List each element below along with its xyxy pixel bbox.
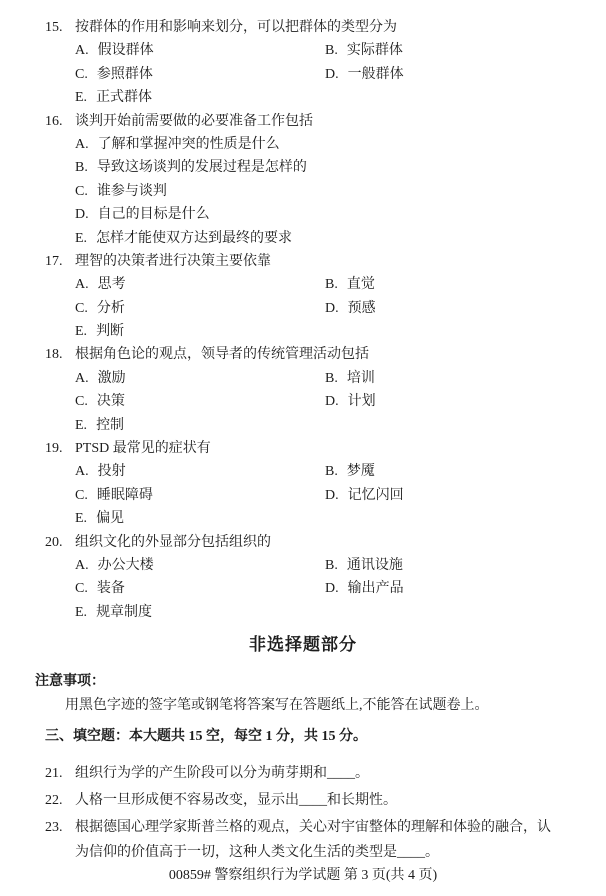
option-b: B.梦魇 <box>325 460 375 483</box>
question-stem: 根据角色论的观点，领导者的传统管理活动包括 <box>75 347 369 362</box>
option-a: A.思考 <box>75 273 325 296</box>
question-text: 组织行为学的产生阶段可以分为萌芽期和____。 <box>75 766 369 781</box>
option-text: 通讯设施 <box>347 554 403 577</box>
option-text: 思考 <box>98 273 126 296</box>
fill-section-heading: 三、填空题：本大题共 15 空，每空 1 分，共 15 分。 <box>0 724 606 749</box>
option-text: 控制 <box>96 414 124 437</box>
option-a: A.投射 <box>75 460 325 483</box>
option-text: 投射 <box>98 460 126 483</box>
option-label: E. <box>75 320 87 343</box>
option-text: 决策 <box>97 390 125 413</box>
option-b: B.直觉 <box>325 273 375 296</box>
option-e: E.判断 <box>75 320 124 343</box>
option-text: 正式群体 <box>96 86 152 109</box>
option-text: 分析 <box>97 297 125 320</box>
option-a: A.假设群体 <box>75 39 325 62</box>
option-label: C. <box>75 577 88 600</box>
option-c: C.睡眠障碍 <box>75 484 325 507</box>
option-text: 输出产品 <box>348 577 404 600</box>
option-label: B. <box>325 460 338 483</box>
option-a: A.了解和掌握冲突的性质是什么 <box>75 133 280 156</box>
question-number: 18. <box>45 343 75 366</box>
notice-text: 用黑色字迹的签字笔或钢笔将答案写在答题纸上,不能答在试题卷上。 <box>0 693 606 718</box>
option-b: B.导致这场谈判的发展过程是怎样的 <box>75 156 307 179</box>
option-label: E. <box>75 507 87 530</box>
option-label: E. <box>75 227 87 250</box>
option-b: B.实际群体 <box>325 39 403 62</box>
fill-questions: 21.组织行为学的产生阶段可以分为萌芽期和____。 22.人格一旦形成便不容易… <box>0 761 606 865</box>
option-e: E.怎样才能使双方达到最终的要求 <box>75 227 292 250</box>
option-e: E.控制 <box>75 414 124 437</box>
exam-page: 15.按群体的作用和影响来划分，可以把群体的类型分为 A.假设群体 B.实际群体… <box>0 0 606 896</box>
option-label: B. <box>325 367 338 390</box>
option-a: A.办公大楼 <box>75 554 325 577</box>
option-d: D.记忆闪回 <box>325 484 404 507</box>
option-label: A. <box>75 273 89 296</box>
option-e: E.规章制度 <box>75 601 152 624</box>
option-text: 规章制度 <box>96 601 152 624</box>
option-d: D.预感 <box>325 297 376 320</box>
question-stem: 组织文化的外显部分包括组织的 <box>75 535 271 550</box>
option-text: 计划 <box>348 390 376 413</box>
option-c: C.谁参与谈判 <box>75 180 167 203</box>
option-label: D. <box>325 484 339 507</box>
option-text: 睡眠障碍 <box>97 484 153 507</box>
option-label: C. <box>75 63 88 86</box>
option-d: D.输出产品 <box>325 577 404 600</box>
question-stem: 按群体的作用和影响来划分，可以把群体的类型分为 <box>75 20 397 35</box>
option-d: D.计划 <box>325 390 376 413</box>
option-label: C. <box>75 390 88 413</box>
option-text: 预感 <box>348 297 376 320</box>
option-text: 激励 <box>98 367 126 390</box>
option-label: A. <box>75 554 89 577</box>
option-label: A. <box>75 133 89 156</box>
fill-question-22: 22.人格一旦形成便不容易改变，显示出____和长期性。 <box>0 788 606 813</box>
option-text: 偏见 <box>96 507 124 530</box>
option-text: 办公大楼 <box>98 554 154 577</box>
option-c: C.参照群体 <box>75 63 325 86</box>
option-a: A.激励 <box>75 367 325 390</box>
question-15: 15.按群体的作用和影响来划分，可以把群体的类型分为 A.假设群体 B.实际群体… <box>0 16 606 110</box>
option-label: E. <box>75 601 87 624</box>
notice-label: 注意事项： <box>0 670 606 693</box>
question-18: 18.根据角色论的观点，领导者的传统管理活动包括 A.激励 B.培训 C.决策 … <box>0 343 606 437</box>
page-footer: 00859# 警察组织行为学试题 第 3 页(共 4 页) <box>0 864 606 887</box>
option-label: B. <box>325 273 338 296</box>
option-text: 谁参与谈判 <box>97 180 167 203</box>
option-text: 自己的目标是什么 <box>98 203 210 226</box>
question-number: 20. <box>45 531 75 554</box>
option-c: C.装备 <box>75 577 325 600</box>
option-c: C.分析 <box>75 297 325 320</box>
option-text: 假设群体 <box>98 39 154 62</box>
option-text: 装备 <box>97 577 125 600</box>
option-d: D.自己的目标是什么 <box>75 203 210 226</box>
option-label: A. <box>75 367 89 390</box>
option-d: D.一般群体 <box>325 63 404 86</box>
option-label: C. <box>75 484 88 507</box>
question-stem: 理智的决策者进行决策主要依靠 <box>75 254 271 269</box>
option-text: 怎样才能使双方达到最终的要求 <box>96 227 292 250</box>
option-label: D. <box>325 297 339 320</box>
option-label: C. <box>75 180 88 203</box>
question-19: 19.PTSD 最常见的症状有 A.投射 B.梦魇 C.睡眠障碍 D.记忆闪回 … <box>0 437 606 531</box>
question-number: 16. <box>45 110 75 133</box>
question-number: 23. <box>45 815 63 840</box>
fill-question-23: 23.根据德国心理学家斯普兰格的观点，关心对宇宙整体的理解和体验的融合，认为信仰… <box>0 815 606 865</box>
question-number: 21. <box>45 761 63 786</box>
option-text: 了解和掌握冲突的性质是什么 <box>98 133 280 156</box>
question-number: 22. <box>45 788 63 813</box>
option-label: A. <box>75 460 89 483</box>
question-number: 17. <box>45 250 75 273</box>
question-stem: 谈判开始前需要做的必要准备工作包括 <box>75 114 313 129</box>
question-text: 根据德国心理学家斯普兰格的观点，关心对宇宙整体的理解和体验的融合，认为信仰的价值… <box>75 820 551 860</box>
option-text: 梦魇 <box>347 460 375 483</box>
question-stem: PTSD 最常见的症状有 <box>75 441 211 456</box>
fill-question-21: 21.组织行为学的产生阶段可以分为萌芽期和____。 <box>0 761 606 786</box>
option-e: E.偏见 <box>75 507 124 530</box>
section-title: 非选择题部分 <box>0 633 606 657</box>
question-text: 人格一旦形成便不容易改变，显示出____和长期性。 <box>75 793 397 808</box>
option-label: D. <box>75 203 89 226</box>
option-text: 参照群体 <box>97 63 153 86</box>
option-text: 判断 <box>96 320 124 343</box>
option-label: B. <box>325 39 338 62</box>
option-text: 培训 <box>347 367 375 390</box>
option-label: E. <box>75 414 87 437</box>
question-number: 19. <box>45 437 75 460</box>
option-text: 记忆闪回 <box>348 484 404 507</box>
option-label: D. <box>325 577 339 600</box>
question-16: 16.谈判开始前需要做的必要准备工作包括 A.了解和掌握冲突的性质是什么 B.导… <box>0 110 606 250</box>
option-label: B. <box>75 156 88 179</box>
option-text: 直觉 <box>347 273 375 296</box>
option-label: D. <box>325 63 339 86</box>
option-label: C. <box>75 297 88 320</box>
option-text: 实际群体 <box>347 39 403 62</box>
question-17: 17.理智的决策者进行决策主要依靠 A.思考 B.直觉 C.分析 D.预感 E.… <box>0 250 606 344</box>
question-20: 20.组织文化的外显部分包括组织的 A.办公大楼 B.通讯设施 C.装备 D.输… <box>0 531 606 625</box>
option-text: 一般群体 <box>348 63 404 86</box>
option-label: B. <box>325 554 338 577</box>
option-b: B.通讯设施 <box>325 554 403 577</box>
option-text: 导致这场谈判的发展过程是怎样的 <box>97 156 307 179</box>
option-label: D. <box>325 390 339 413</box>
option-label: E. <box>75 86 87 109</box>
option-b: B.培训 <box>325 367 375 390</box>
question-number: 15. <box>45 16 75 39</box>
option-label: A. <box>75 39 89 62</box>
option-e: E.正式群体 <box>75 86 152 109</box>
option-c: C.决策 <box>75 390 325 413</box>
